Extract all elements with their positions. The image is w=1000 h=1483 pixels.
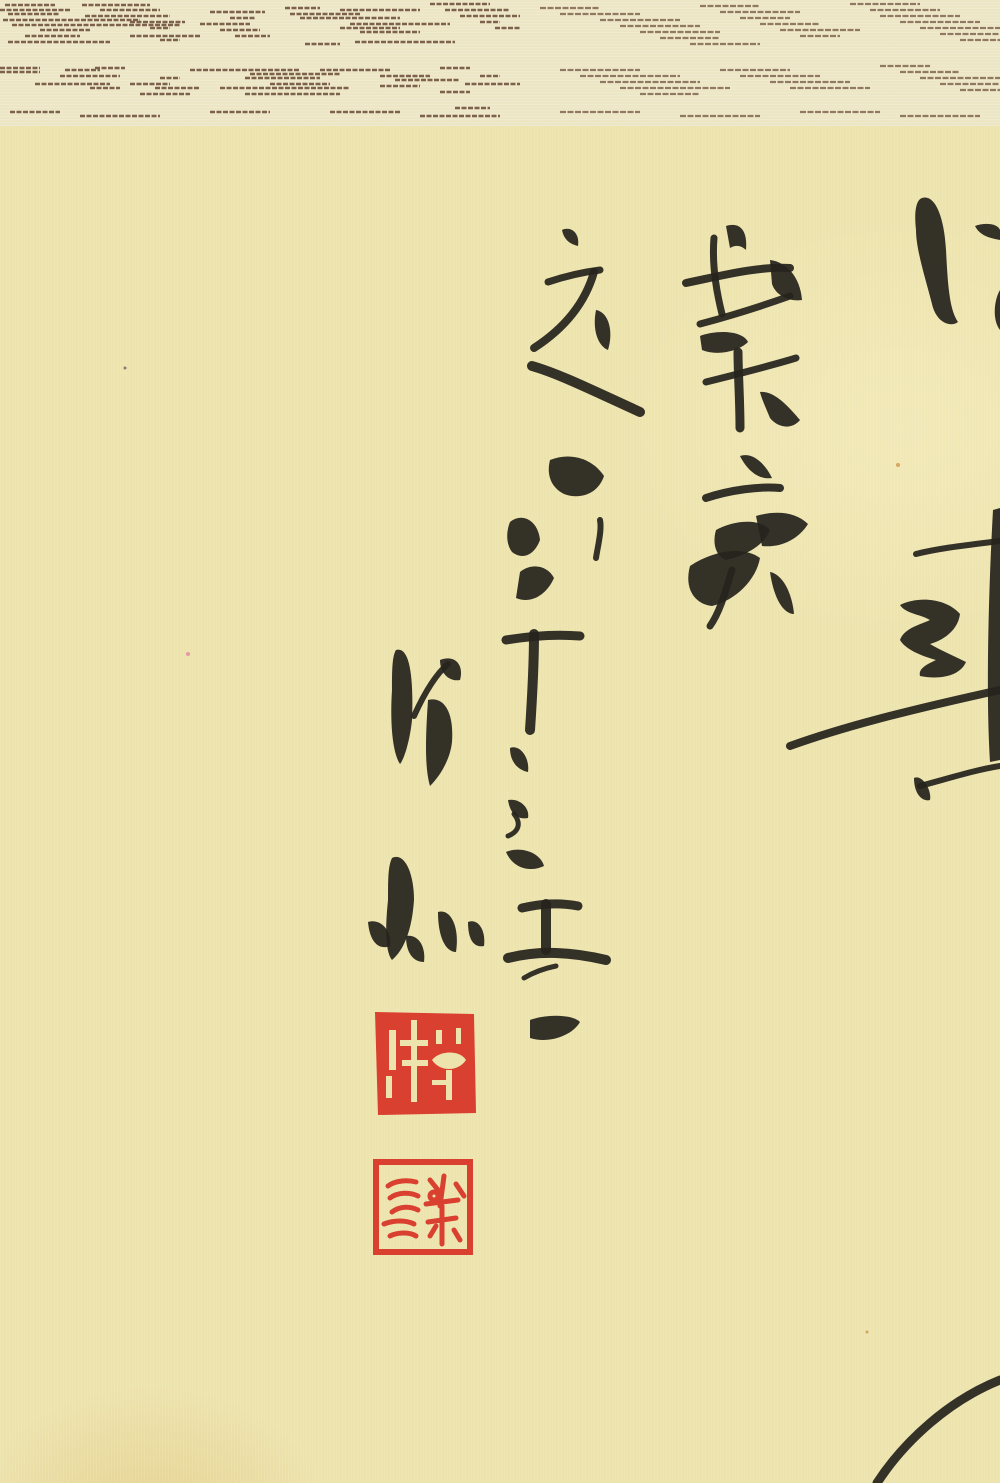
ink-column-third [506,229,640,1040]
red-seal-lower [376,1162,470,1252]
calligraphy-scroll-photo: Japanese calligraphy hanging scroll (kak… [0,0,1000,1483]
curved-brush-stroke [877,1380,1000,1483]
calligraphy-ink-layer [0,0,1000,1483]
paper-specks [124,367,901,1334]
ink-signature-column [368,650,484,962]
ink-column-rightmost [790,197,1000,800]
ink-column-second [686,225,808,626]
red-seal-upper [375,1012,476,1115]
